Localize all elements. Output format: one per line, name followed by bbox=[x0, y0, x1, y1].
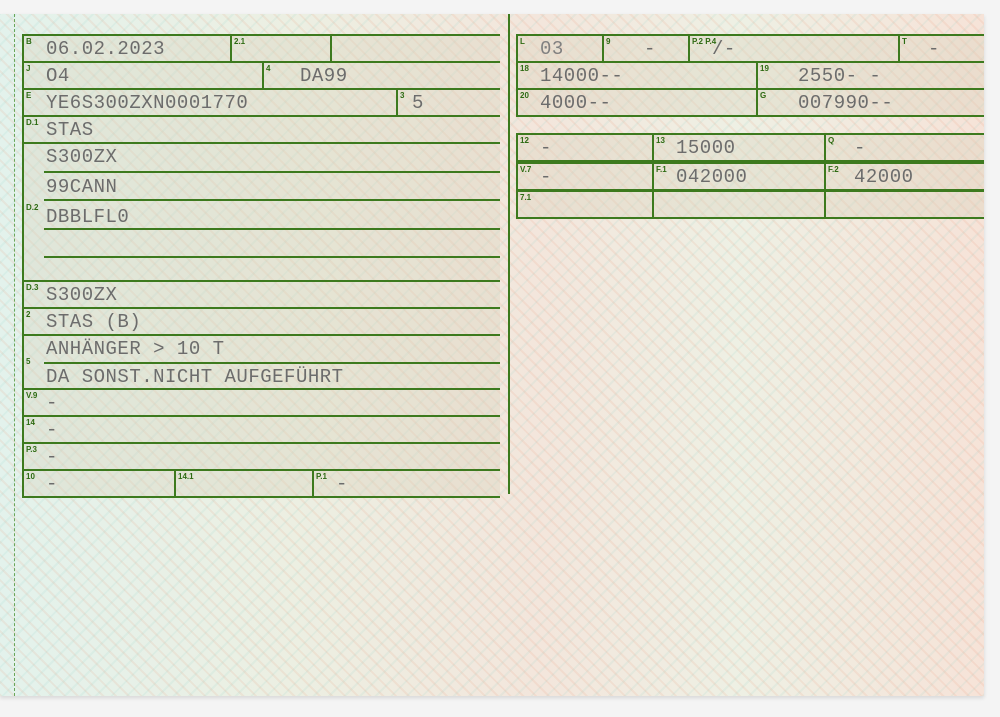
manufacturer: STAS bbox=[46, 119, 94, 141]
row-d3: D.3 S300ZX bbox=[22, 280, 500, 309]
row-7: 7.1 bbox=[516, 190, 984, 219]
row-v9: V.9 - bbox=[22, 388, 500, 417]
row-d1: D.1 STAS bbox=[22, 115, 500, 144]
field-e: E YE6S300ZXN0001770 bbox=[22, 90, 396, 115]
field-4: 4 DA99 bbox=[262, 63, 500, 88]
left-perforation bbox=[14, 14, 15, 696]
field-2-2 bbox=[330, 36, 500, 61]
field-d2: D.2 S300ZX 99CANN DBBLFL0 bbox=[22, 144, 500, 280]
field-b: B 06.02.2023 bbox=[22, 36, 230, 61]
row-b: B 06.02.2023 2.1 bbox=[22, 34, 500, 63]
row-d2: D.2 S300ZX 99CANN DBBLFL0 bbox=[22, 142, 500, 282]
row-5: 5 ANHÄNGER > 10 T DA SONST.NICHT AUFGEFÜ… bbox=[22, 334, 500, 390]
field-3: 3 5 bbox=[396, 90, 500, 115]
field-2-1: 2.1 bbox=[230, 36, 330, 61]
row-14: 14 - bbox=[22, 415, 500, 444]
vin: YE6S300ZXN0001770 bbox=[46, 92, 248, 114]
first-registration-date: 06.02.2023 bbox=[46, 38, 165, 60]
row-j: J O4 4 DA99 bbox=[22, 61, 500, 90]
registration-document: B 06.02.2023 2.1 J O4 4 DA99 E YE6S300ZX… bbox=[0, 14, 984, 696]
row-20: 20 4000-- G 007990-- bbox=[516, 88, 984, 117]
row-2: 2 STAS (B) bbox=[22, 307, 500, 336]
field-j: J O4 bbox=[22, 63, 262, 88]
field-d1: D.1 STAS bbox=[22, 117, 500, 142]
row-10: 10 - 14.1 P.1 - bbox=[22, 469, 500, 498]
center-fold bbox=[508, 14, 510, 494]
row-l: L 03 9 - P.2 P.4 /- T - bbox=[516, 34, 984, 63]
row-p3: P.3 - bbox=[22, 442, 500, 471]
row-v7: V.7 - F.1 042000 F.2 42000 bbox=[516, 162, 984, 191]
row-18: 18 14000-- 19 2550- - bbox=[516, 61, 984, 90]
row-e: E YE6S300ZXN0001770 3 5 bbox=[22, 88, 500, 117]
row-12: 12 - 13 15000 Q - bbox=[516, 133, 984, 162]
